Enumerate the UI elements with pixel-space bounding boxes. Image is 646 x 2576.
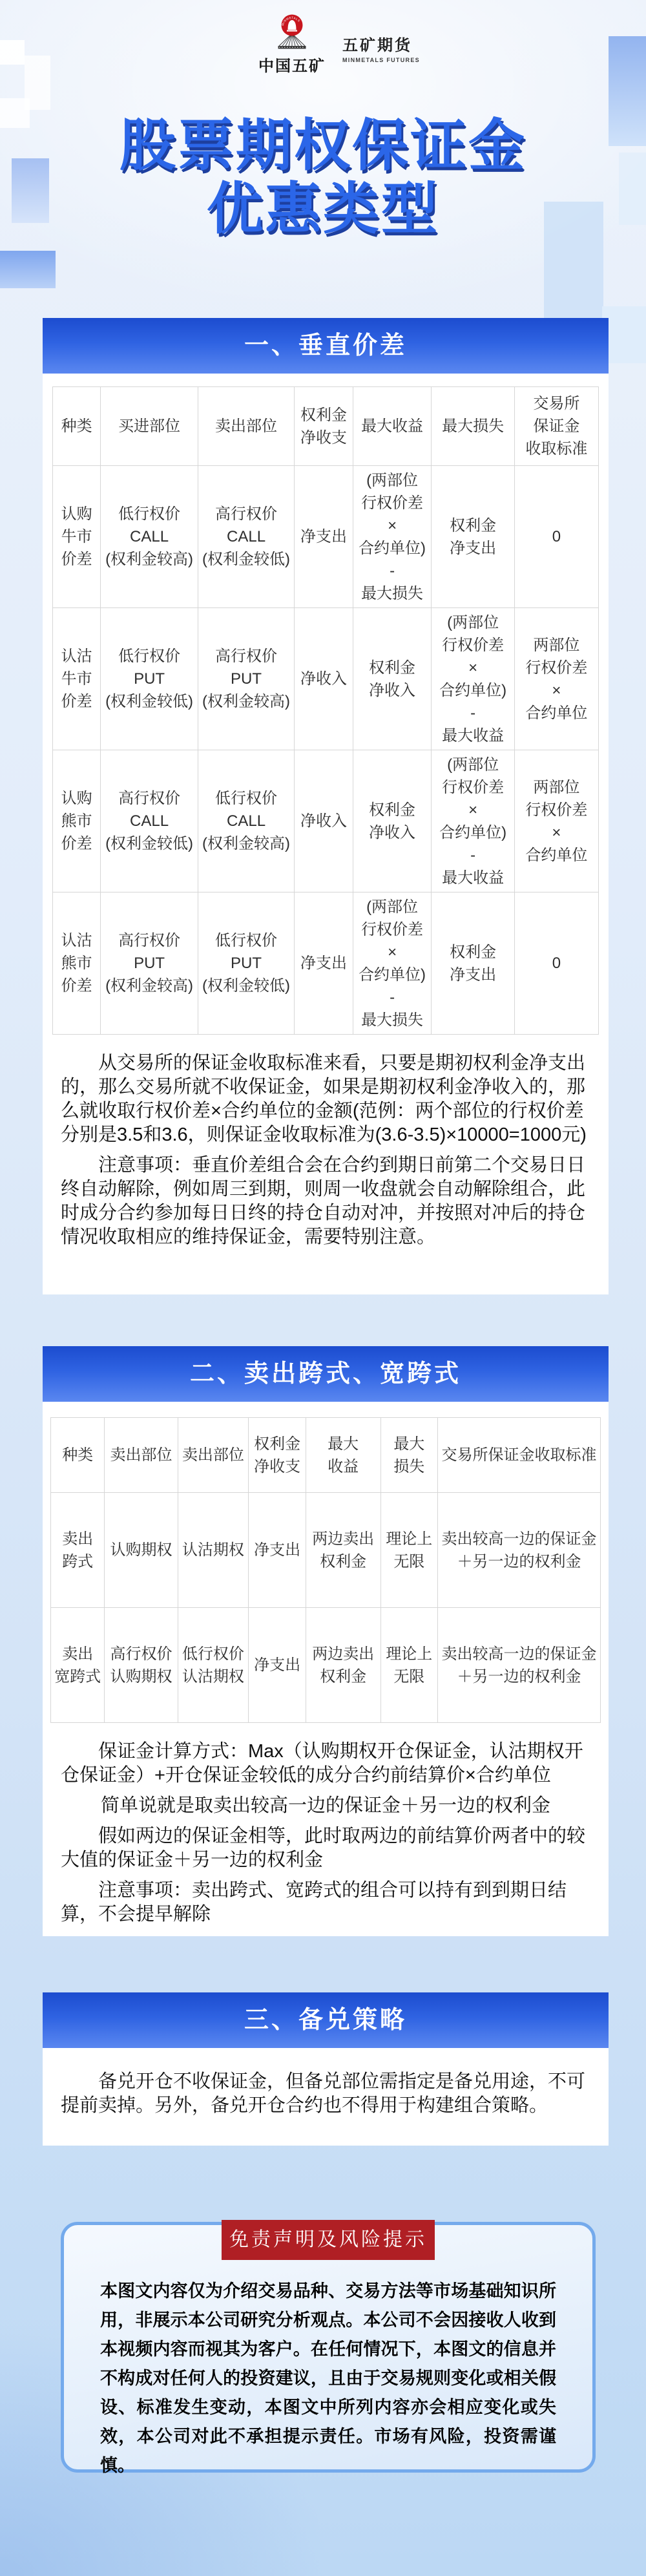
table-cell: (两部位 行权价差 × 合约单位) - 最大收益 xyxy=(432,750,514,892)
poster-page: MINMETALS 中国五矿 五矿期货 MINMETALS FUTURES 股票… xyxy=(0,0,646,2576)
disclaimer-box: 免责声明及风险提示 本图文内容仅为介绍交易品种、交易方法等市场基础知识所用，非展… xyxy=(61,2222,596,2473)
table-cell: 低行权价 PUT (权利金较低) xyxy=(101,608,198,750)
brand-name: 五矿期货 xyxy=(342,32,420,55)
note-paragraph: 简单说就是取卖出较高一边的保证金＋另一边的权利金 xyxy=(61,1794,590,1818)
table-cell: 认购 熊市 价差 xyxy=(53,750,101,892)
table-cell: 净收入 xyxy=(295,608,353,750)
table-cell: 卖出 宽跨式 xyxy=(51,1608,105,1723)
table-cell: 权利金 净支出 xyxy=(432,466,514,608)
decor-rect xyxy=(0,251,56,288)
table-row: 认购 熊市 价差高行权价 CALL (权利金较低)低行权价 CALL (权利金较… xyxy=(53,750,599,892)
section-1-card: 种类买进部位卖出部位权利金 净收支最大收益最大损失交易所 保证金 收取标准认购 … xyxy=(43,374,609,1294)
table-cell: 两边卖出 权利金 xyxy=(306,1608,380,1723)
table-header-cell: 种类 xyxy=(51,1418,105,1493)
table-cell: 高行权价 PUT (权利金较高) xyxy=(101,892,198,1035)
table-cell: 0 xyxy=(514,466,598,608)
section-3-card: 备兑开仓不收保证金，但备兑部位需指定是备兑用途，不可提前卖掉。另外，备兑开仓合约… xyxy=(43,2048,609,2146)
table-cell: 认沽 牛市 价差 xyxy=(53,608,101,750)
minmetals-logo: MINMETALS 中国五矿 xyxy=(251,13,333,76)
table-header-row: 种类买进部位卖出部位权利金 净收支最大收益最大损失交易所 保证金 收取标准 xyxy=(53,387,599,466)
table-row: 认沽 熊市 价差高行权价 PUT (权利金较高)低行权价 PUT (权利金较低)… xyxy=(53,892,599,1035)
table-header-cell: 交易所 保证金 收取标准 xyxy=(514,387,598,466)
table-cell: 卖出较高一边的保证金 ＋另一边的权利金 xyxy=(438,1608,601,1723)
table-header-cell: 最大 收益 xyxy=(306,1418,380,1493)
table-row: 认购 牛市 价差低行权价 CALL (权利金较高)高行权价 CALL (权利金较… xyxy=(53,466,599,608)
brand-header: MINMETALS 中国五矿 五矿期货 MINMETALS FUTURES xyxy=(0,0,646,81)
table-cell: 认沽期权 xyxy=(178,1493,249,1608)
table-cell: 低行权价 认沽期权 xyxy=(178,1608,249,1723)
table-cell: 净支出 xyxy=(295,892,353,1035)
table-cell: 认沽 熊市 价差 xyxy=(53,892,101,1035)
table-header-cell: 权利金 净收支 xyxy=(249,1418,306,1493)
logo-text: 中国五矿 xyxy=(251,53,333,76)
section-1-notes: 从交易所的保证金收取标准来看，只要是期初权利金净支出的，那么交易所就不收保证金，… xyxy=(43,1035,609,1249)
table-cell: 高行权价 认购期权 xyxy=(105,1608,178,1723)
table-header-cell: 最大 损失 xyxy=(380,1418,438,1493)
table-cell: 0 xyxy=(514,892,598,1035)
table-cell: (两部位 行权价差 × 合约单位) - 最大损失 xyxy=(353,466,432,608)
brand-name-group: 五矿期货 MINMETALS FUTURES xyxy=(342,32,420,63)
table-cell: 卖出 跨式 xyxy=(51,1493,105,1608)
table-row: 卖出 宽跨式高行权价 认购期权低行权价 认沽期权净支出两边卖出 权利金理论上 无… xyxy=(51,1608,601,1723)
section-3-banner: 三、备兑策略 xyxy=(43,1992,609,2048)
table-cell: 高行权价 CALL (权利金较低) xyxy=(198,466,295,608)
table-cell: 认购 牛市 价差 xyxy=(53,466,101,608)
table-cell: (两部位 行权价差 × 合约单位) - 最大收益 xyxy=(432,608,514,750)
section-3-notes: 备兑开仓不收保证金，但备兑部位需指定是备兑用途，不可提前卖掉。另外，备兑开仓合约… xyxy=(43,2048,609,2118)
page-title-line1: 股票期权保证金 xyxy=(120,112,526,178)
table-cell: 低行权价 CALL (权利金较高) xyxy=(101,466,198,608)
section-2-notes: 保证金计算方式：Max（认购期权开仓保证金，认沽期权开仓保证金）+开仓保证金较低… xyxy=(43,1723,609,1927)
table-cell: 两部位 行权价差 × 合约单位 xyxy=(514,750,598,892)
table-cell: 净支出 xyxy=(249,1608,306,1723)
table-cell: 理论上 无限 xyxy=(380,1608,438,1723)
table-cell: 高行权价 PUT (权利金较高) xyxy=(198,608,295,750)
table-cell: 两部位 行权价差 × 合约单位 xyxy=(514,608,598,750)
section-2-card: 种类卖出部位卖出部位权利金 净收支最大 收益最大 损失交易所保证金收取标准卖出 … xyxy=(43,1402,609,1936)
note-paragraph: 注意事项：垂直价差组合会在合约到期日前第二个交易日日终自动解除，例如周三到期，则… xyxy=(61,1154,590,1249)
table-header-cell: 买进部位 xyxy=(101,387,198,466)
table-cell: 权利金 净收入 xyxy=(353,750,432,892)
table-cell: 低行权价 CALL (权利金较高) xyxy=(198,750,295,892)
table-header-cell: 权利金 净收支 xyxy=(295,387,353,466)
table-cell: 净支出 xyxy=(295,466,353,608)
note-paragraph: 注意事项：卖出跨式、宽跨式的组合可以持有到到期日结算，不会提早解除 xyxy=(61,1879,590,1927)
table-header-cell: 最大损失 xyxy=(432,387,514,466)
table-header-cell: 种类 xyxy=(53,387,101,466)
note-paragraph: 备兑开仓不收保证金，但备兑部位需指定是备兑用途，不可提前卖掉。另外，备兑开仓合约… xyxy=(61,2070,590,2118)
page-title: 股票期权保证金 优惠类型 xyxy=(0,114,646,240)
section-1-banner: 一、垂直价差 xyxy=(43,318,609,374)
section-2-banner: 二、卖出跨式、宽跨式 xyxy=(43,1346,609,1402)
table-cell: 两边卖出 权利金 xyxy=(306,1493,380,1608)
table-cell: 理论上 无限 xyxy=(380,1493,438,1608)
table-cell: (两部位 行权价差 × 合约单位) - 最大损失 xyxy=(353,892,432,1035)
table-header-cell: 卖出部位 xyxy=(178,1418,249,1493)
note-paragraph: 从交易所的保证金收取标准来看，只要是期初权利金净支出的，那么交易所就不收保证金，… xyxy=(61,1051,590,1147)
table-header-cell: 交易所保证金收取标准 xyxy=(438,1418,601,1493)
table-row: 卖出 跨式认购期权认沽期权净支出两边卖出 权利金理论上 无限卖出较高一边的保证金… xyxy=(51,1493,601,1608)
page-title-line2: 优惠类型 xyxy=(207,176,439,242)
vertical-spread-table: 种类买进部位卖出部位权利金 净收支最大收益最大损失交易所 保证金 收取标准认购 … xyxy=(52,386,599,1035)
disclaimer-title: 免责声明及风险提示 xyxy=(222,2220,435,2260)
table-header-cell: 最大收益 xyxy=(353,387,432,466)
table-cell: 高行权价 CALL (权利金较低) xyxy=(101,750,198,892)
table-cell: 权利金 净支出 xyxy=(432,892,514,1035)
table-cell: 卖出较高一边的保证金 ＋另一边的权利金 xyxy=(438,1493,601,1608)
table-cell: 净收入 xyxy=(295,750,353,892)
note-paragraph: 保证金计算方式：Max（认购期权开仓保证金，认沽期权开仓保证金）+开仓保证金较低… xyxy=(61,1740,590,1788)
table-row: 认沽 牛市 价差低行权价 PUT (权利金较低)高行权价 PUT (权利金较高)… xyxy=(53,608,599,750)
table-header-row: 种类卖出部位卖出部位权利金 净收支最大 收益最大 损失交易所保证金收取标准 xyxy=(51,1418,601,1493)
decor-rect xyxy=(602,306,646,363)
disclaimer-text: 本图文内容仅为介绍交易品种、交易方法等市场基础知识所用，非展示本公司研究分析观点… xyxy=(64,2225,592,2480)
table-cell: 权利金 净收入 xyxy=(353,608,432,750)
table-header-cell: 卖出部位 xyxy=(105,1418,178,1493)
table-cell: 低行权价 PUT (权利金较低) xyxy=(198,892,295,1035)
table-cell: 净支出 xyxy=(249,1493,306,1608)
straddle-strangle-table: 种类卖出部位卖出部位权利金 净收支最大 收益最大 损失交易所保证金收取标准卖出 … xyxy=(50,1417,601,1723)
brand-subtitle: MINMETALS FUTURES xyxy=(342,57,420,63)
table-header-cell: 卖出部位 xyxy=(198,387,295,466)
minmetals-emblem-icon: MINMETALS xyxy=(274,13,310,52)
table-cell: 认购期权 xyxy=(105,1493,178,1608)
note-paragraph: 假如两边的保证金相等，此时取两边的前结算价两者中的较大值的保证金＋另一边的权利金 xyxy=(61,1824,590,1872)
